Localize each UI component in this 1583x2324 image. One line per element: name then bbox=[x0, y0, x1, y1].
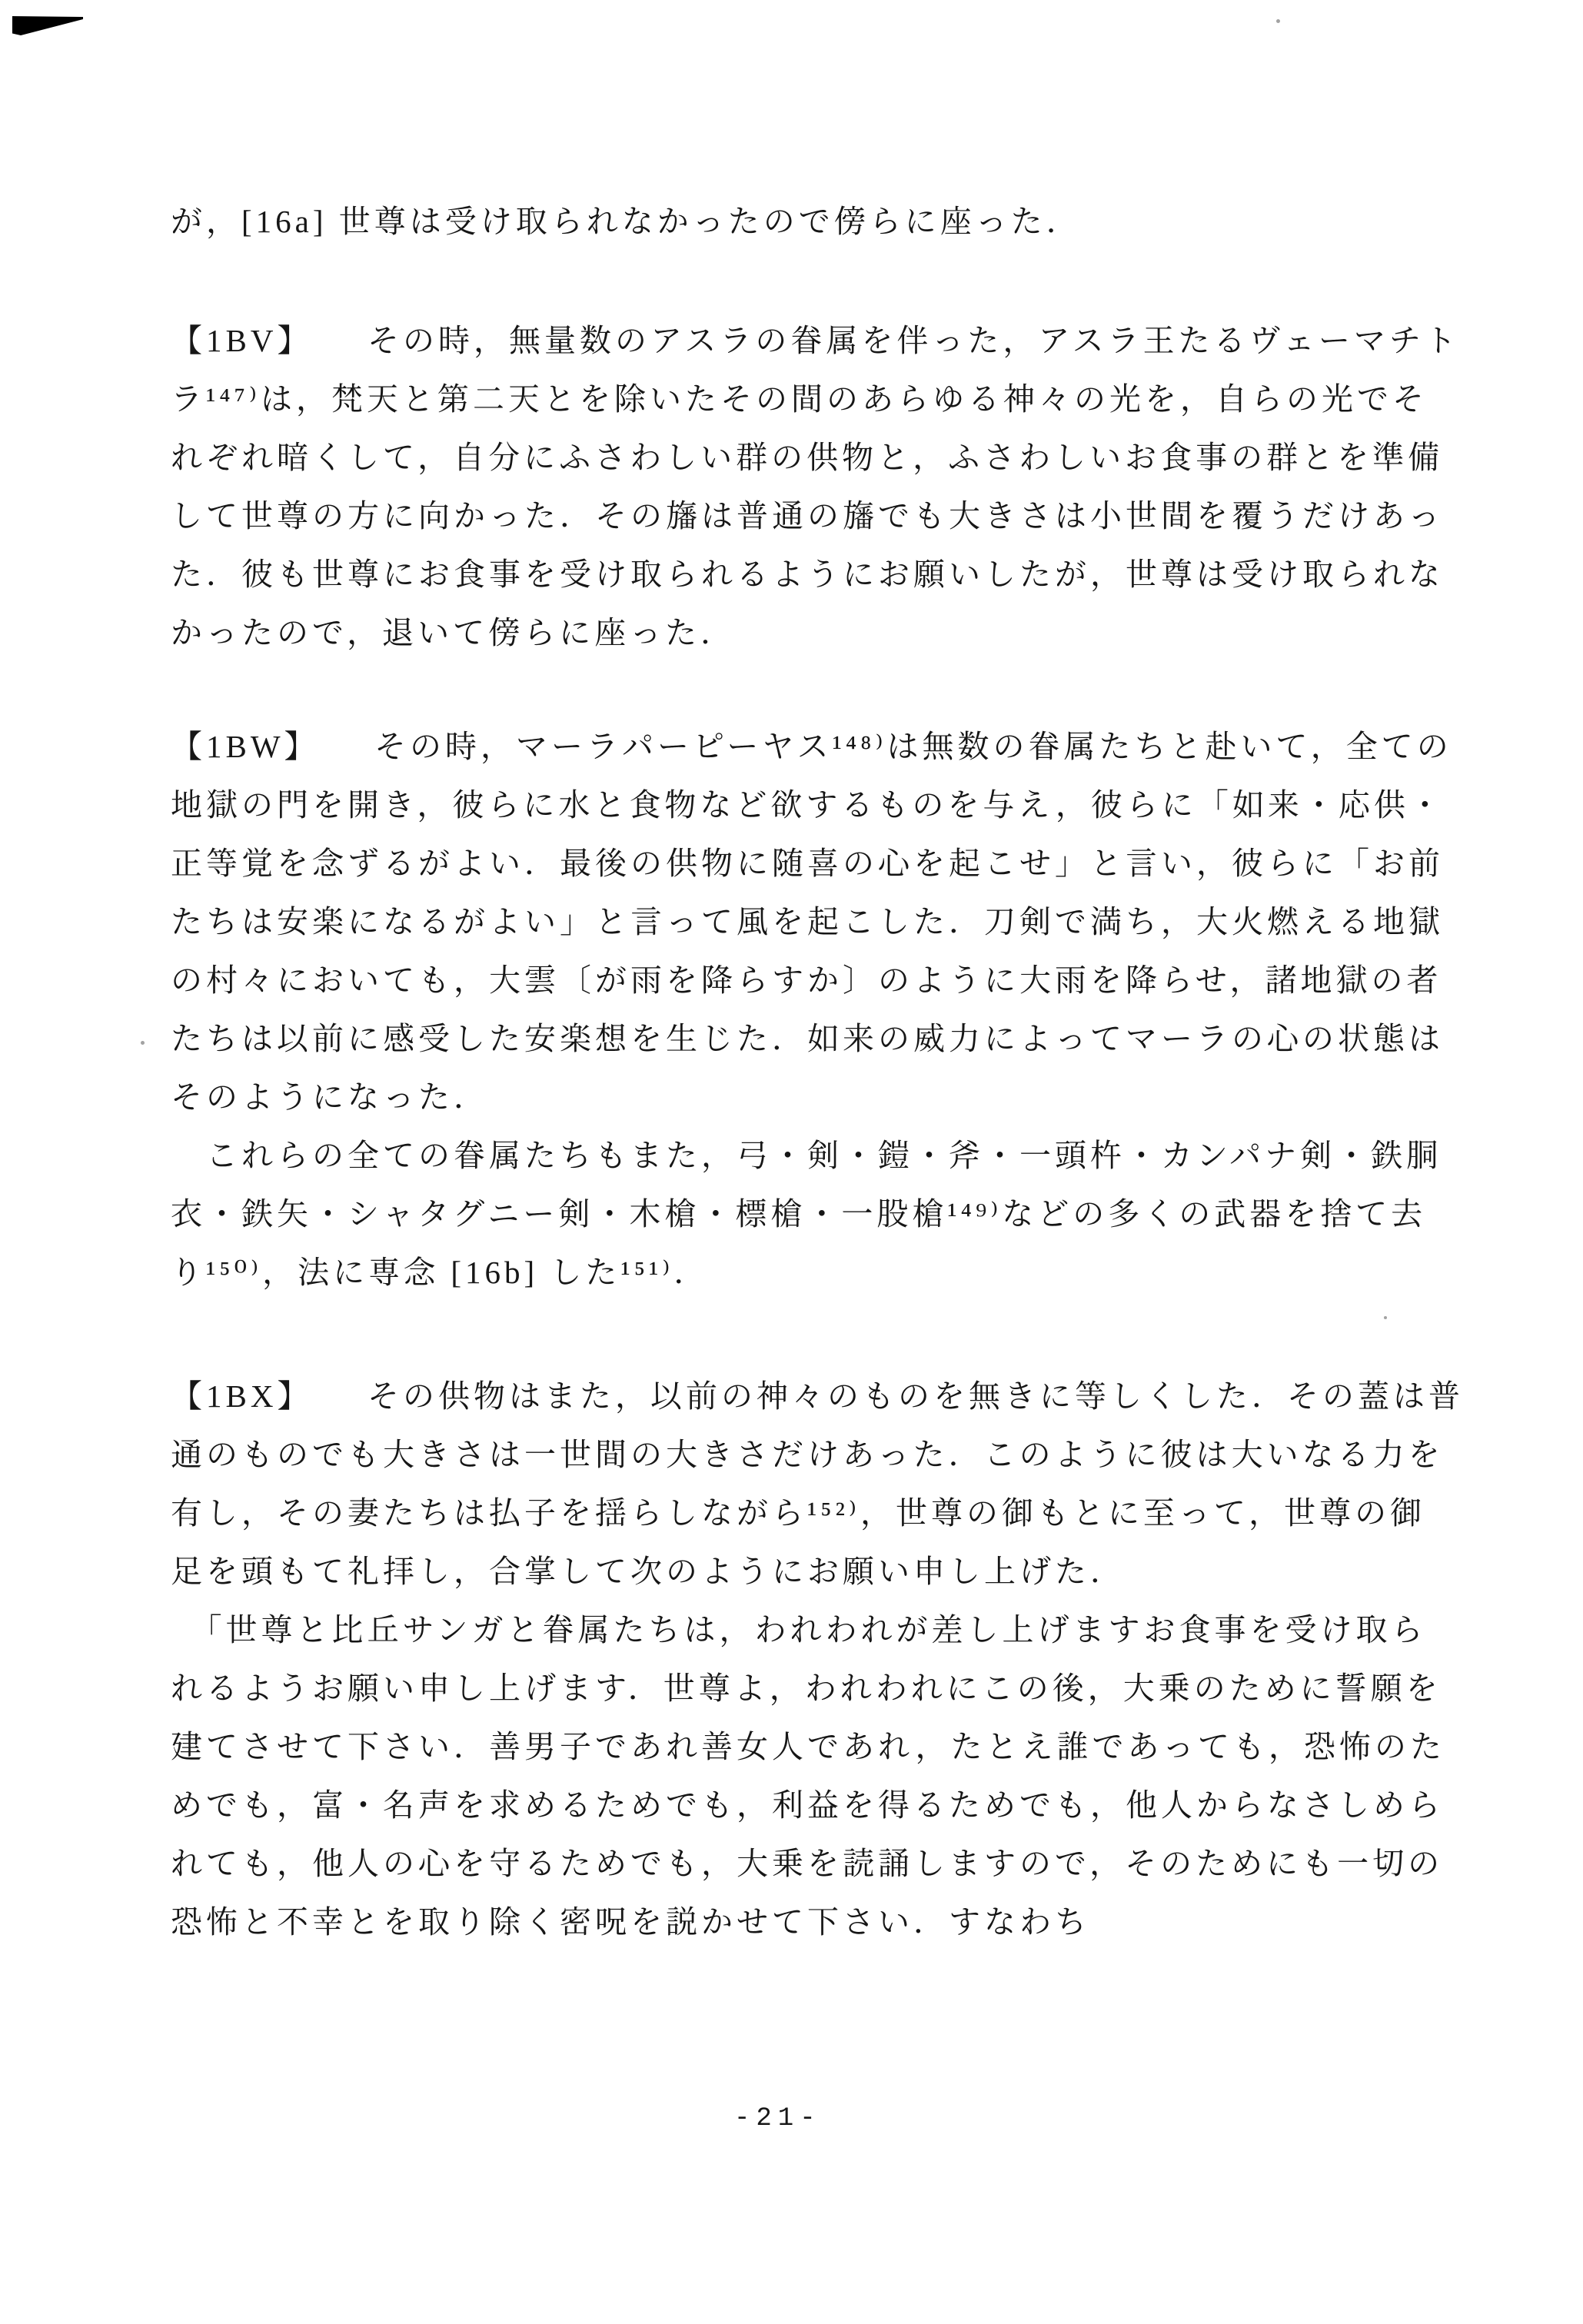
text-line: かったので，退いて傍らに座った． bbox=[171, 603, 1460, 662]
section-1BW: 【1BW】 その時，マーラパーピーヤス¹⁴⁸⁾は無数の眷属たちと赴いて，全ての … bbox=[171, 717, 1452, 1302]
text-line: た．彼も世尊にお食事を受け取られるようにお願いしたが，世尊は受け取られな bbox=[171, 545, 1460, 603]
text-line: 衣・鉄矢・シャタグニー剣・木槍・標槍・一股槍¹⁴⁹⁾などの多くの武器を捨て去 bbox=[171, 1185, 1452, 1243]
scan-artifact-wedge bbox=[12, 16, 83, 35]
text-line: が，[16a] 世尊は受け取られなかったので傍らに座った． bbox=[171, 192, 1082, 251]
text-line: れるようお願い申し上げます．世尊よ，われわれにこの後，大乗のために誓願を bbox=[171, 1659, 1464, 1717]
text-line: 【1BW】 その時，マーラパーピーヤス¹⁴⁸⁾は無数の眷属たちと赴いて，全ての bbox=[171, 717, 1452, 776]
scan-speck bbox=[1384, 1316, 1387, 1319]
text-line: 「世尊と比丘サンガと眷属たちは，われわれが差し上げますお食事を受け取ら bbox=[171, 1601, 1464, 1659]
text-line: これらの全ての眷属たちもまた，弓・剣・鎧・斧・一頭杵・カンパナ剣・鉄胴 bbox=[171, 1126, 1452, 1185]
text-line: たちは以前に感受した安楽想を生じた．如来の威力によってマーラの心の状態は bbox=[171, 1009, 1452, 1068]
text-line: 【1BV】 その時，無量数のアスラの眷属を伴った，アスラ王たるヴェーマチト bbox=[171, 311, 1460, 370]
text-line: 【1BX】 その供物はまた，以前の神々のものを無きに等しくした．その蓋は普 bbox=[171, 1367, 1464, 1425]
text-line: の村々においても，大雲〔が雨を降らすか〕のように大雨を降らせ，諸地獄の者 bbox=[171, 951, 1452, 1009]
text-line: ラ¹⁴⁷⁾は，梵天と第二天とを除いたその間のあらゆる神々の光を，自らの光でそ bbox=[171, 370, 1460, 428]
text-line: めでも，富・名声を求めるためでも，利益を得るためでも，他人からなさしめら bbox=[171, 1776, 1464, 1834]
text-line: 足を頭もて礼拝し，合掌して次のようにお願い申し上げた． bbox=[171, 1542, 1464, 1601]
text-line: して世尊の方に向かった．その旛は普通の旛でも大きさは小世間を覆うだけあっ bbox=[171, 487, 1460, 545]
text-line: 正等覚を念ずるがよい．最後の供物に随喜の心を起こせ」と言い，彼らに「お前 bbox=[171, 834, 1452, 893]
text-line: 恐怖と不幸とを取り除く密呪を説かせて下さい．すなわち bbox=[171, 1893, 1464, 1951]
section-1BX: 【1BX】 その供物はまた，以前の神々のものを無きに等しくした．その蓋は普 通の… bbox=[171, 1367, 1464, 1951]
intro-paragraph: が，[16a] 世尊は受け取られなかったので傍らに座った． bbox=[171, 192, 1082, 251]
text-line: そのようになった． bbox=[171, 1068, 1452, 1126]
page-number: -21- bbox=[734, 2103, 822, 2134]
text-line: 建てさせて下さい．善男子であれ善女人であれ，たとえ誰であっても，恐怖のた bbox=[171, 1717, 1464, 1776]
scan-speck bbox=[1276, 19, 1280, 23]
text-line: れぞれ暗くして，自分にふさわしい群の供物と，ふさわしいお食事の群とを準備 bbox=[171, 428, 1460, 487]
text-line: り¹⁵⁰⁾，法に専念 [16b] した¹⁵¹⁾． bbox=[171, 1243, 1452, 1302]
section-1BV: 【1BV】 その時，無量数のアスラの眷属を伴った，アスラ王たるヴェーマチト ラ¹… bbox=[171, 311, 1460, 662]
text-line: 通のものでも大きさは一世間の大きさだけあった．このように彼は大いなる力を bbox=[171, 1425, 1464, 1484]
text-line: 有し，その妻たちは払子を揺らしながら¹⁵²⁾，世尊の御もとに至って，世尊の御 bbox=[171, 1484, 1464, 1542]
scan-speck bbox=[141, 1041, 145, 1045]
text-line: たちは安楽になるがよい」と言って風を起こした．刀剣で満ち，大火燃える地獄 bbox=[171, 893, 1452, 951]
scanned-document-page: が，[16a] 世尊は受け取られなかったので傍らに座った． 【1BV】 その時，… bbox=[0, 0, 1583, 2324]
text-line: れても，他人の心を守るためでも，大乗を読誦しますので，そのためにも一切の bbox=[171, 1834, 1464, 1893]
text-line: 地獄の門を開き，彼らに水と食物など欲するものを与え，彼らに「如来・応供・ bbox=[171, 776, 1452, 834]
